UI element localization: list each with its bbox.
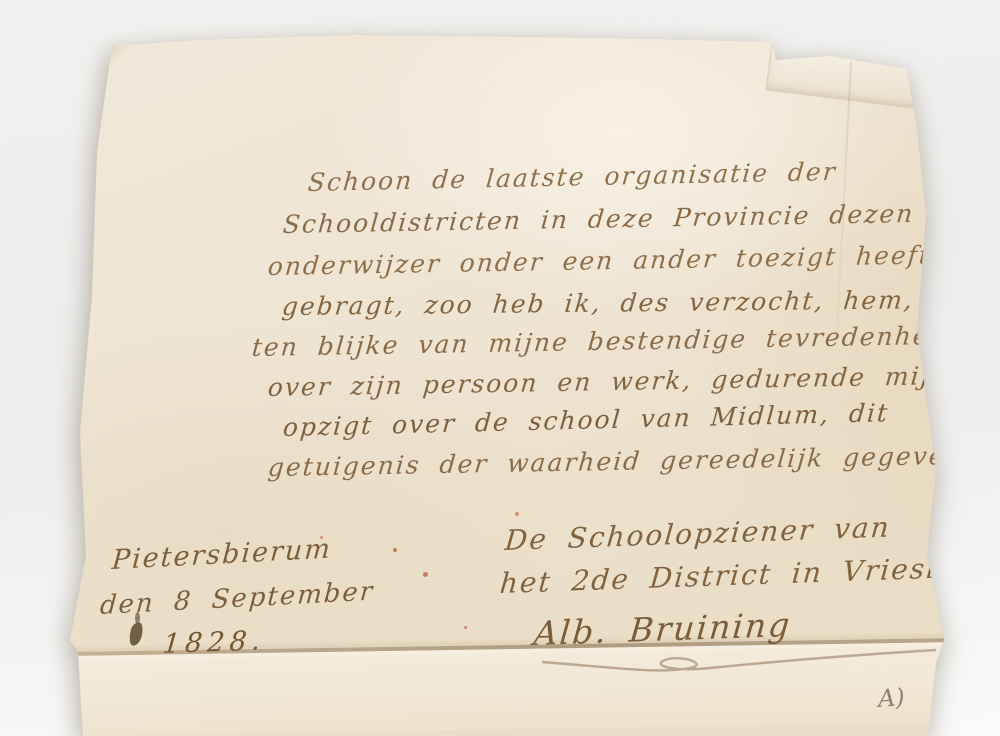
ink-blot (127, 621, 144, 647)
closing-line: het 2de District in Vriesland (499, 550, 998, 600)
photograph-background: Schoon de laatste organisatie der School… (0, 0, 1000, 736)
body-line: over zijn persoon en werk, gedurende mij… (267, 361, 950, 402)
corner-mark: A) (877, 683, 906, 713)
body-line: onderwijzer onder een ander toezigt heef… (267, 240, 933, 281)
body-line: opzigt over de school van Midlum, dit (282, 398, 890, 442)
ink-blot-tail (135, 612, 140, 624)
foxing-spot (423, 572, 428, 577)
body-line: getuigenis der waarheid gereedelijk gege… (267, 441, 965, 482)
body-line: Schoon de laatste organisatie der (307, 157, 838, 197)
closing-line: De Schoolopziener van (504, 510, 893, 557)
body-line: Schooldistricten in deze Provincie dezen (282, 199, 916, 239)
letter-paper-shadow: Schoon de laatste organisatie der School… (0, 0, 1000, 736)
foxing-spot (464, 626, 467, 629)
lower-fold-flap (69, 644, 950, 736)
tape-repair (766, 43, 925, 109)
body-line: gebragt, zoo heb ik, des verzocht, hem, (281, 285, 916, 321)
body-line: ten blijke van mijne bestendige tevreden… (251, 321, 959, 362)
foxing-spot (320, 536, 323, 539)
letter-paper: Schoon de laatste organisatie der School… (0, 0, 1000, 736)
date-line: den 8 September (99, 577, 375, 622)
place-line: Pietersbierum (111, 533, 333, 576)
foxing-spot (515, 512, 519, 516)
foxing-spot (393, 548, 397, 552)
